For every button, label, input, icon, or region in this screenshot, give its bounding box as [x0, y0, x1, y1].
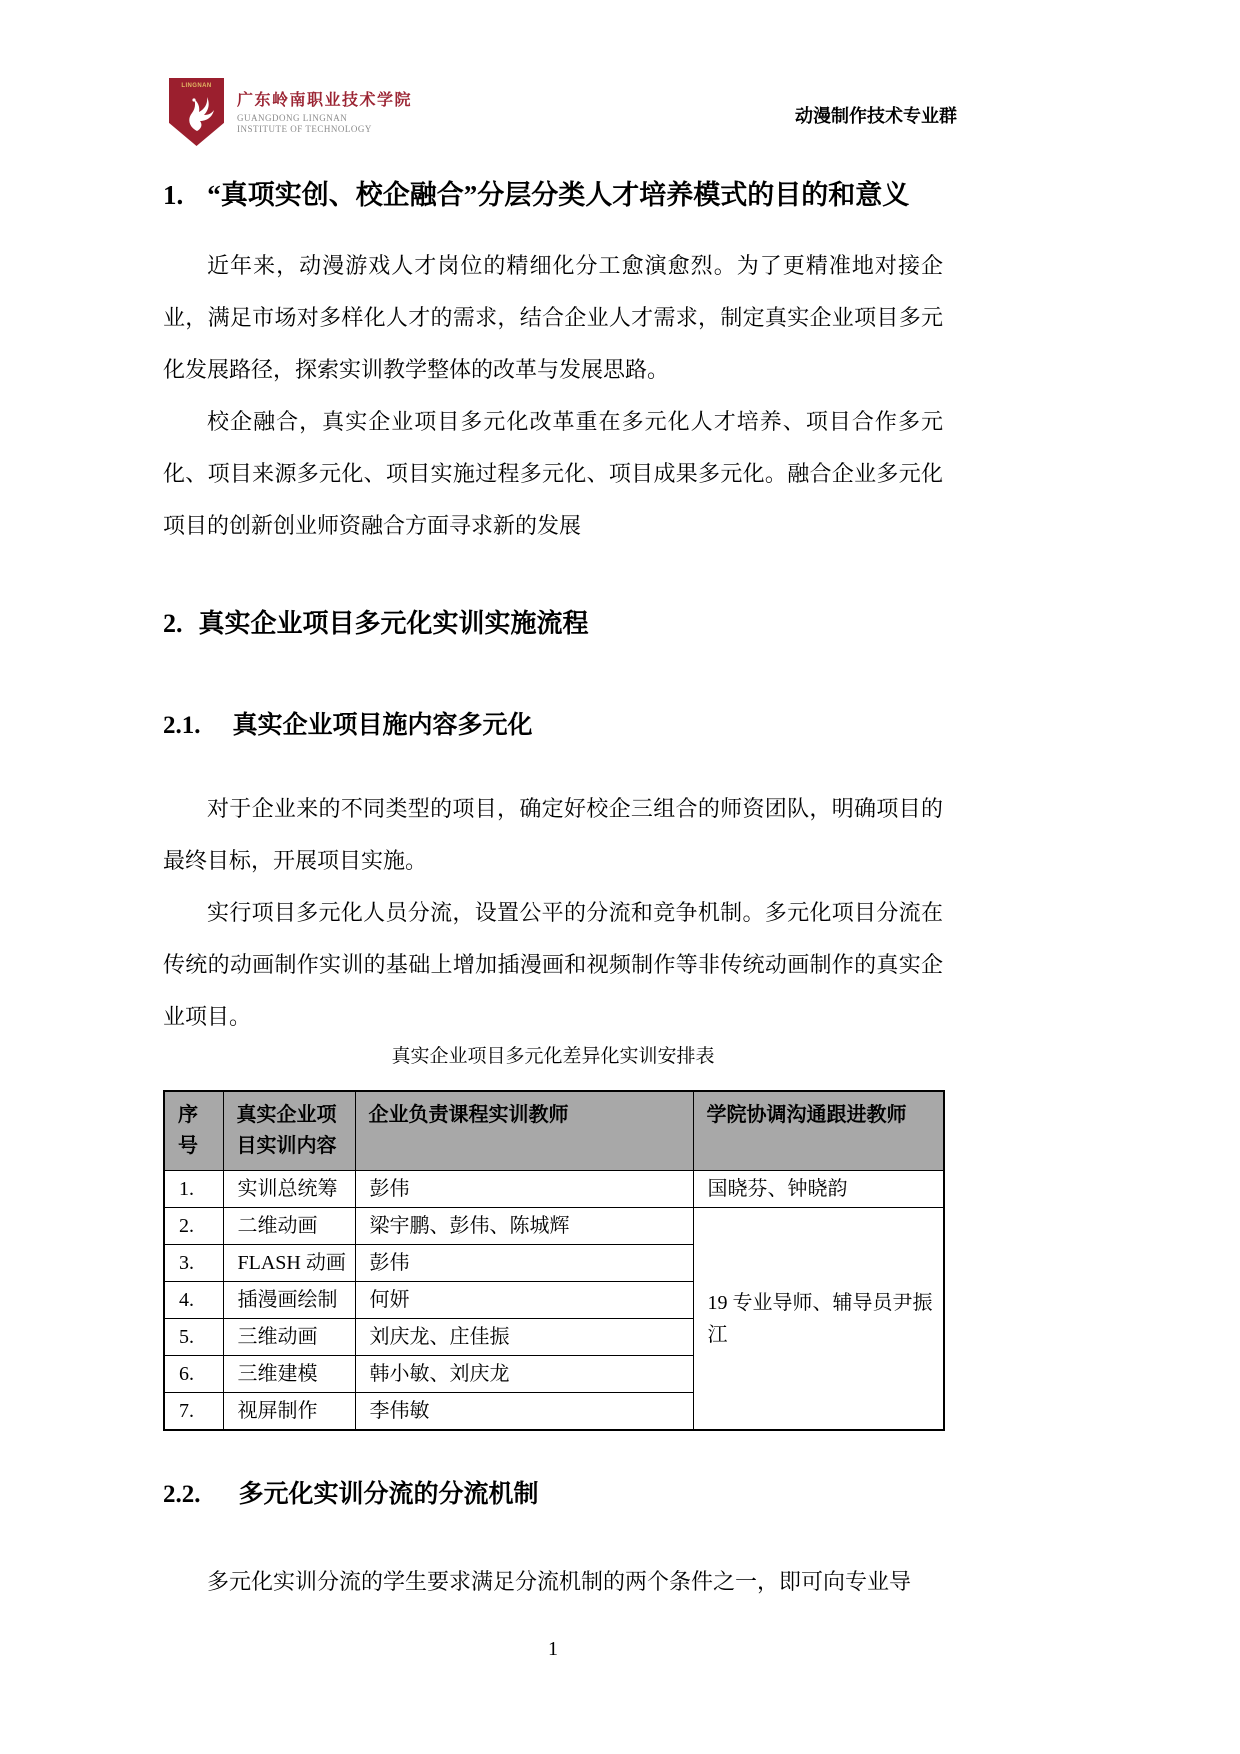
heading-2-2: 2.2.多元化实训分流的分流机制	[163, 1477, 943, 1512]
school-name-en: GUANGDONG LINGNAN INSTITUTE OF TECHNOLOG…	[237, 113, 412, 135]
shield-text: LINGNAN	[181, 83, 211, 90]
heading-2-2-text: 多元化实训分流的分流机制	[239, 1481, 539, 1508]
heading-2-1: 2.1.真实企业项目施内容多元化	[163, 708, 943, 743]
paragraph-5: 多元化实训分流的学生要求满足分流机制的两个条件之一，即可向专业导	[163, 1556, 943, 1608]
cell-no: 1.	[164, 1171, 223, 1208]
table-row: 1. 实训总统筹 彭伟 国晓芬、钟晓韵	[164, 1171, 944, 1208]
cell-teachers: 李伟敏	[355, 1393, 693, 1431]
cell-content: 二维动画	[223, 1208, 355, 1245]
heading-2: 2.真实企业项目多元化实训实施流程	[163, 606, 943, 642]
header-cell-teachers: 企业负责课程实训教师	[355, 1091, 693, 1171]
header-right-text: 动漫制作技术专业群	[795, 78, 957, 128]
school-name-en-line2: INSTITUTE OF TECHNOLOGY	[237, 124, 412, 135]
cell-no: 2.	[164, 1208, 223, 1245]
school-name-block: 广东岭南职业技术学院 GUANGDONG LINGNAN INSTITUTE O…	[237, 78, 412, 135]
header-cell-content: 真实企业项目实训内容	[223, 1091, 355, 1171]
paragraph-1: 近年来，动漫游戏人才岗位的精细化分工愈演愈烈。为了更精准地对接企业，满足市场对多…	[163, 240, 943, 396]
cell-no: 6.	[164, 1356, 223, 1393]
cell-teachers: 梁宇鹏、彭伟、陈城辉	[355, 1208, 693, 1245]
content-area: LINGNAN 广东岭南职业技术学院 GUANGDONG LINGNAN INS…	[163, 78, 943, 1608]
table-header-row: 序号 真实企业项目实训内容 企业负责课程实训教师 学院协调沟通跟进教师	[164, 1091, 944, 1171]
cell-content: 视屏制作	[223, 1393, 355, 1431]
table-caption: 真实企业项目多元化差异化实训安排表	[163, 1043, 943, 1071]
school-name-en-line1: GUANGDONG LINGNAN	[237, 113, 412, 124]
cell-teachers: 彭伟	[355, 1245, 693, 1282]
heading-2-2-number: 2.2.	[163, 1481, 201, 1508]
cell-no: 3.	[164, 1245, 223, 1282]
school-name-cn: 广东岭南职业技术学院	[237, 87, 412, 110]
cell-no: 4.	[164, 1282, 223, 1319]
cell-no: 7.	[164, 1393, 223, 1431]
heading-2-1-text: 真实企业项目施内容多元化	[233, 712, 533, 739]
cell-content: 三维建模	[223, 1356, 355, 1393]
header-cell-college: 学院协调沟通跟进教师	[693, 1091, 944, 1171]
schedule-table: 序号 真实企业项目实训内容 企业负责课程实训教师 学院协调沟通跟进教师 1. 实…	[163, 1090, 945, 1431]
paragraph-3: 对于企业来的不同类型的项目，确定好校企三组合的师资团队，明确项目的最终目标，开展…	[163, 783, 943, 887]
heading-2-number: 2.	[163, 609, 183, 638]
page-header: LINGNAN 广东岭南职业技术学院 GUANGDONG LINGNAN INS…	[163, 78, 957, 150]
cell-teachers: 韩小敏、刘庆龙	[355, 1356, 693, 1393]
heading-1-text: “真项实创、校企融合”分层分类人才培养模式的目的和意义	[207, 180, 909, 210]
paragraph-4: 实行项目多元化人员分流，设置公平的分流和竞争机制。多元化项目分流在传统的动画制作…	[163, 887, 943, 1043]
cell-content: FLASH 动画	[223, 1245, 355, 1282]
school-logo: LINGNAN 广东岭南职业技术学院 GUANGDONG LINGNAN INS…	[169, 78, 412, 146]
cell-content: 插漫画绘制	[223, 1282, 355, 1319]
cell-teachers: 刘庆龙、庄佳振	[355, 1319, 693, 1356]
table-row: 2. 二维动画 梁宇鹏、彭伟、陈城辉 19 专业导师、辅导员尹振江	[164, 1208, 944, 1245]
heading-1-number: 1.	[163, 180, 183, 210]
cell-college: 国晓芬、钟晓韵	[693, 1171, 944, 1208]
crane-bird-icon	[179, 91, 215, 135]
cell-no: 5.	[164, 1319, 223, 1356]
school-shield-icon: LINGNAN	[169, 78, 224, 146]
cell-teachers: 彭伟	[355, 1171, 693, 1208]
page-number: 1	[163, 1638, 943, 1661]
cell-content: 三维动画	[223, 1319, 355, 1356]
cell-teachers: 何妍	[355, 1282, 693, 1319]
cell-content: 实训总统筹	[223, 1171, 355, 1208]
paragraph-2: 校企融合，真实企业项目多元化改革重在多元化人才培养、项目合作多元化、项目来源多元…	[163, 396, 943, 552]
heading-2-1-number: 2.1.	[163, 712, 201, 739]
heading-1: 1.“真项实创、校企融合”分层分类人才培养模式的目的和意义	[163, 176, 943, 214]
document-page: LINGNAN 广东岭南职业技术学院 GUANGDONG LINGNAN INS…	[0, 0, 1240, 1754]
heading-2-text: 真实企业项目多元化实训实施流程	[199, 609, 589, 638]
header-cell-no: 序号	[164, 1091, 223, 1171]
merged-college-cell: 19 专业导师、辅导员尹振江	[693, 1208, 944, 1431]
